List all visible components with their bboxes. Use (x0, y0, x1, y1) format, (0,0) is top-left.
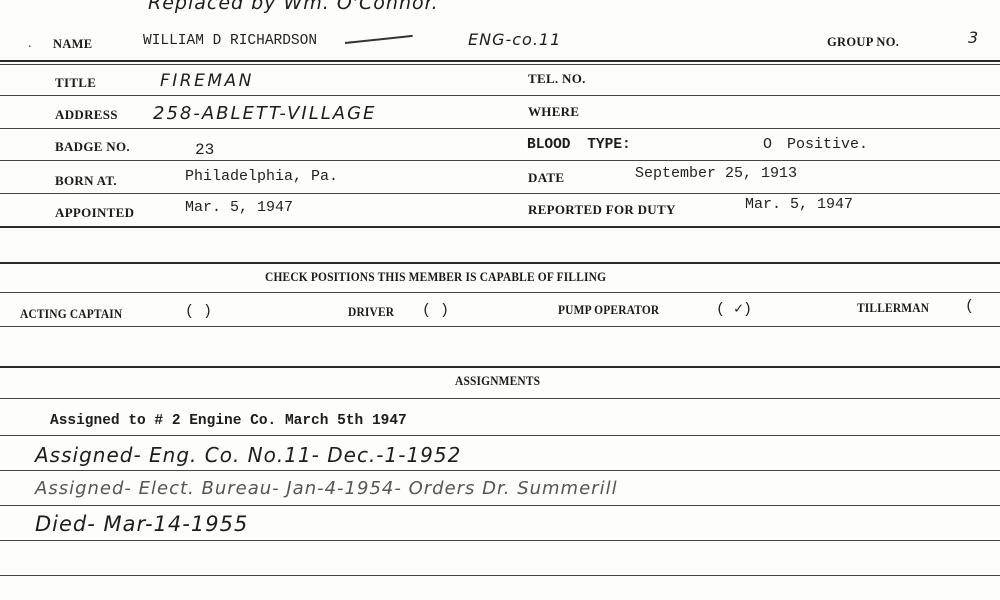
field-rule (0, 160, 1000, 161)
group-label: GROUP NO. (827, 35, 899, 50)
blood-type-value: O Positive. (763, 136, 868, 153)
name-value: WILLIAM D RICHARDSON (143, 33, 317, 49)
address-label: ADDRESS (55, 107, 118, 123)
field-rule (0, 226, 1000, 228)
assignment-line (0, 540, 1000, 541)
driver-label: DRIVER (348, 304, 394, 320)
assignment-line (0, 575, 1000, 576)
assignments-rule-top (0, 366, 1000, 368)
appointed-value: Mar. 5, 1947 (185, 199, 293, 216)
badge-value: 23 (195, 141, 214, 159)
badge-label: BADGE NO. (55, 139, 130, 155)
blood-type-label: BLOOD TYPE: (527, 137, 631, 153)
assignment-line (0, 435, 1000, 436)
group-value: 3 (968, 28, 979, 47)
reported-for-duty-label: REPORTED FOR DUTY (528, 202, 676, 218)
assignment-entry: Died- Mar-14-1955 (35, 512, 248, 536)
address-value: 258-ABLETT-VILLAGE (153, 103, 376, 124)
margin-dot: . (28, 36, 32, 52)
field-rule (0, 193, 1000, 194)
where-label: WHERE (528, 104, 579, 120)
reported-for-duty-value: Mar. 5, 1947 (745, 196, 853, 213)
positions-rule-bottom (0, 326, 1000, 327)
pen-strike-mark (345, 35, 413, 44)
title-value: FIREMAN (160, 71, 254, 91)
assignments-heading: ASSIGNMENTS (455, 373, 540, 389)
name-label: NAME (53, 37, 92, 52)
assignment-entry: Assigned to # 2 Engine Co. March 5th 194… (50, 413, 407, 429)
tel-label: TEL. NO. (528, 71, 586, 87)
positions-heading: CHECK POSITIONS THIS MEMBER IS CAPABLE O… (265, 269, 606, 285)
acting-captain-label: ACTING CAPTAIN (20, 306, 122, 322)
assignment-entry: Assigned- Eng. Co. No.11- Dec.-1-1952 (35, 443, 461, 467)
tillerman-checkbox[interactable]: ( (965, 298, 974, 315)
positions-rule-mid (0, 292, 1000, 293)
driver-checkbox[interactable]: ( ) (422, 302, 449, 319)
birth-date-label: DATE (528, 170, 564, 186)
field-rule (0, 95, 1000, 96)
field-rule (0, 128, 1000, 129)
assignments-rule-mid (0, 398, 1000, 399)
company-value: ENG-co.11 (468, 30, 561, 49)
replacement-annotation: Replaced by Wm. O'Connor. (148, 0, 439, 14)
header-rule-bottom (0, 64, 1000, 65)
assignment-line (0, 505, 1000, 506)
assignment-line (0, 470, 1000, 471)
assignment-entry: Assigned- Elect. Bureau- Jan-4-1954- Ord… (35, 478, 618, 499)
header-rule-top (0, 60, 1000, 62)
tillerman-label: TILLERMAN (857, 300, 929, 316)
pump-operator-checkbox[interactable]: ( ✓) (716, 299, 752, 318)
title-label: TITLE (55, 75, 96, 91)
appointed-label: APPOINTED (55, 205, 134, 221)
pump-operator-label: PUMP OPERATOR (558, 302, 659, 318)
born-at-value: Philadelphia, Pa. (185, 168, 338, 185)
acting-captain-checkbox[interactable]: ( ) (185, 303, 212, 320)
positions-rule-top (0, 262, 1000, 264)
born-at-label: BORN AT. (55, 173, 117, 189)
birth-date-value: September 25, 1913 (635, 165, 797, 182)
